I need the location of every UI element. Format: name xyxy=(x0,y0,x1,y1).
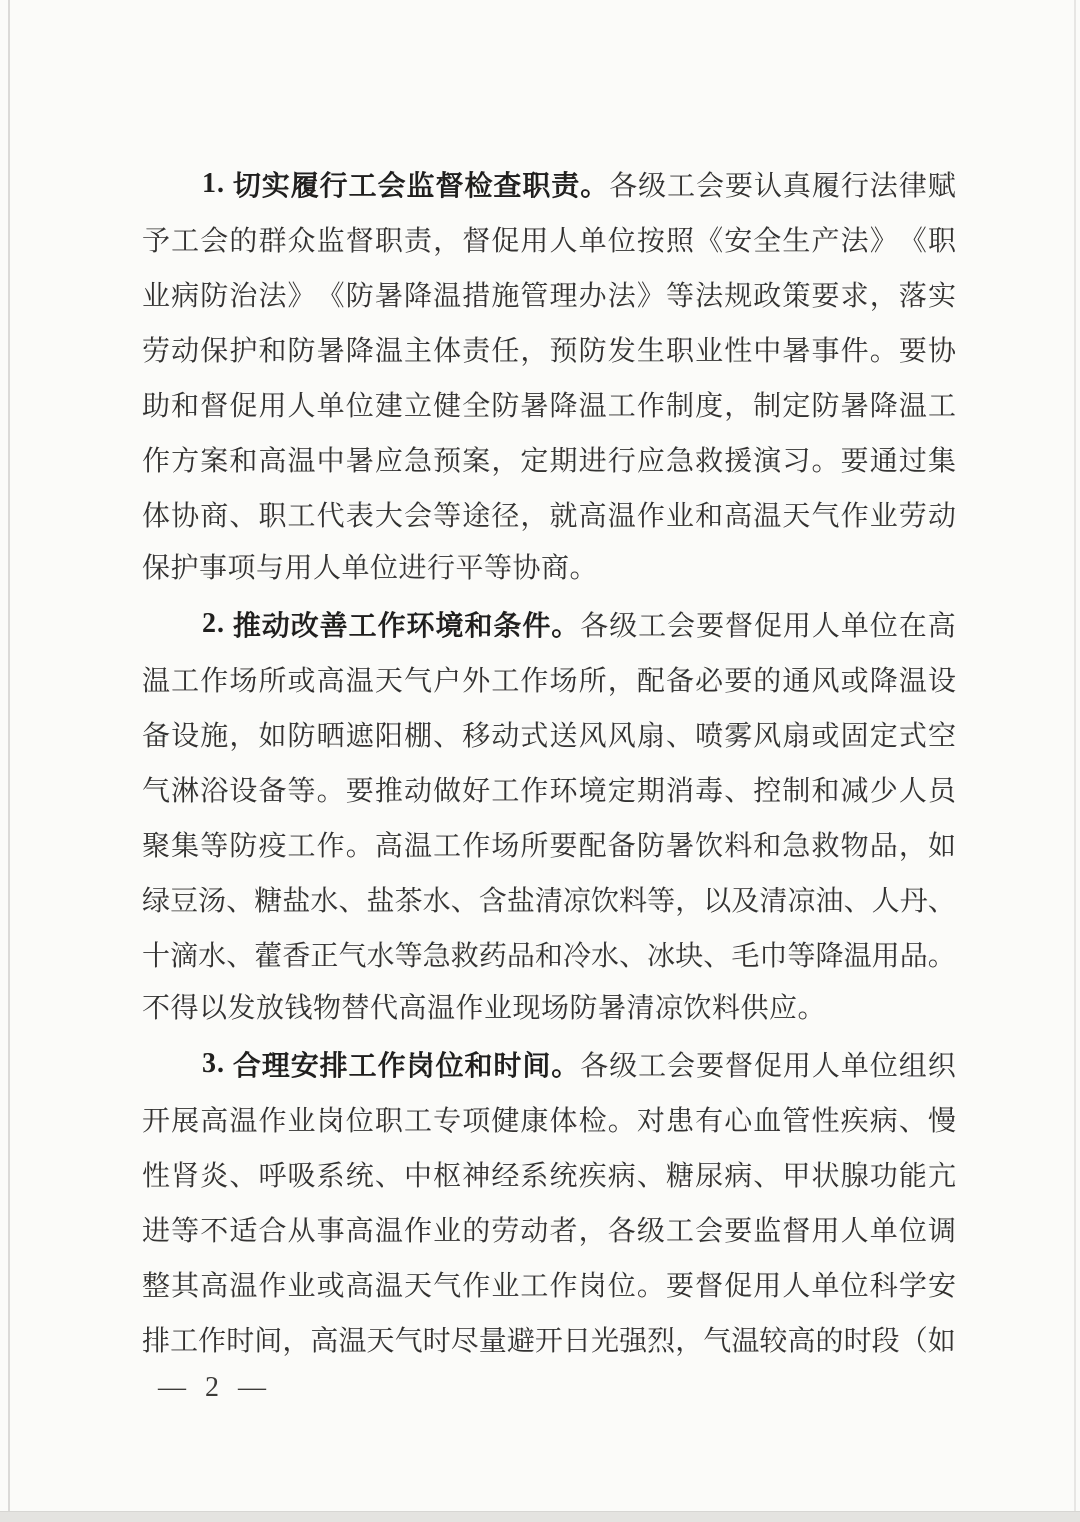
page-bottom-shadow xyxy=(0,1511,1080,1522)
page-left-edge-line xyxy=(8,0,10,1522)
text-line: 不得以发放钱物替代高温作业现场防暑清凉饮料供应。 xyxy=(142,981,956,1036)
text-line: 劳动保护和防暑降温主体责任，预防发生职业性中暑事件。要协 xyxy=(142,321,956,376)
text-line: 保护事项与用人单位进行平等协商。 xyxy=(142,541,956,596)
paragraph-2: 2. 推动改善工作环境和条件。各级工会要督促用人单位在高温工作场所或高温天气户外… xyxy=(142,596,956,1036)
text-line: 绿豆汤、糖盐水、盐茶水、含盐清凉饮料等，以及清凉油、人丹、 xyxy=(142,871,956,926)
text-line: 进等不适合从事高温作业的劳动者，各级工会要监督用人单位调 xyxy=(142,1201,956,1256)
paragraph-1: 1. 切实履行工会监督检查职责。各级工会要认真履行法律赋予工会的群众监督职责，督… xyxy=(142,156,956,596)
text-line: 予工会的群众监督职责，督促用人单位按照《安全生产法》《职 xyxy=(142,211,956,266)
page-number: — 2 — xyxy=(158,1368,272,1408)
text-line: 备设施，如防晒遮阳棚、移动式送风风扇、喷雾风扇或固定式空 xyxy=(142,706,956,761)
text-line: 业病防治法》《防暑降温措施管理办法》等法规政策要求，落实 xyxy=(142,266,956,321)
text-line: 十滴水、藿香正气水等急救药品和冷水、冰块、毛巾等降温用品。 xyxy=(142,926,956,981)
text-line: 整其高温作业或高温天气作业工作岗位。要督促用人单位科学安 xyxy=(142,1256,956,1311)
text-line: 性肾炎、呼吸系统、中枢神经系统疾病、糖尿病、甲状腺功能亢 xyxy=(142,1146,956,1201)
text-block: 1. 切实履行工会监督检查职责。各级工会要认真履行法律赋予工会的群众监督职责，督… xyxy=(142,156,956,1366)
text-line: 2. 推动改善工作环境和条件。各级工会要督促用人单位在高 xyxy=(142,596,956,651)
text-line: 作方案和高温中暑应急预案，定期进行应急救援演习。要通过集 xyxy=(142,431,956,486)
text-line: 气淋浴设备等。要推动做好工作环境定期消毒、控制和减少人员 xyxy=(142,761,956,816)
text-line: 体协商、职工代表大会等途径，就高温作业和高温天气作业劳动 xyxy=(142,486,956,541)
text-line: 1. 切实履行工会监督检查职责。各级工会要认真履行法律赋 xyxy=(142,156,956,211)
page-right-edge-line xyxy=(1074,0,1076,1522)
text-line: 助和督促用人单位建立健全防暑降温工作制度，制定防暑降温工 xyxy=(142,376,956,431)
text-line: 温工作场所或高温天气户外工作场所，配备必要的通风或降温设 xyxy=(142,651,956,706)
paragraph-3: 3. 合理安排工作岗位和时间。各级工会要督促用人单位组织开展高温作业岗位职工专项… xyxy=(142,1036,956,1366)
text-line: 聚集等防疫工作。高温工作场所要配备防暑饮料和急救物品，如 xyxy=(142,816,956,871)
text-line: 3. 合理安排工作岗位和时间。各级工会要督促用人单位组织 xyxy=(142,1036,956,1091)
text-line: 排工作时间，高温天气时尽量避开日光强烈，气温较高的时段（如 xyxy=(142,1311,956,1366)
scanned-document-page: 1. 切实履行工会监督检查职责。各级工会要认真履行法律赋予工会的群众监督职责，督… xyxy=(0,0,1080,1522)
text-line: 开展高温作业岗位职工专项健康体检。对患有心血管性疾病、慢 xyxy=(142,1091,956,1146)
